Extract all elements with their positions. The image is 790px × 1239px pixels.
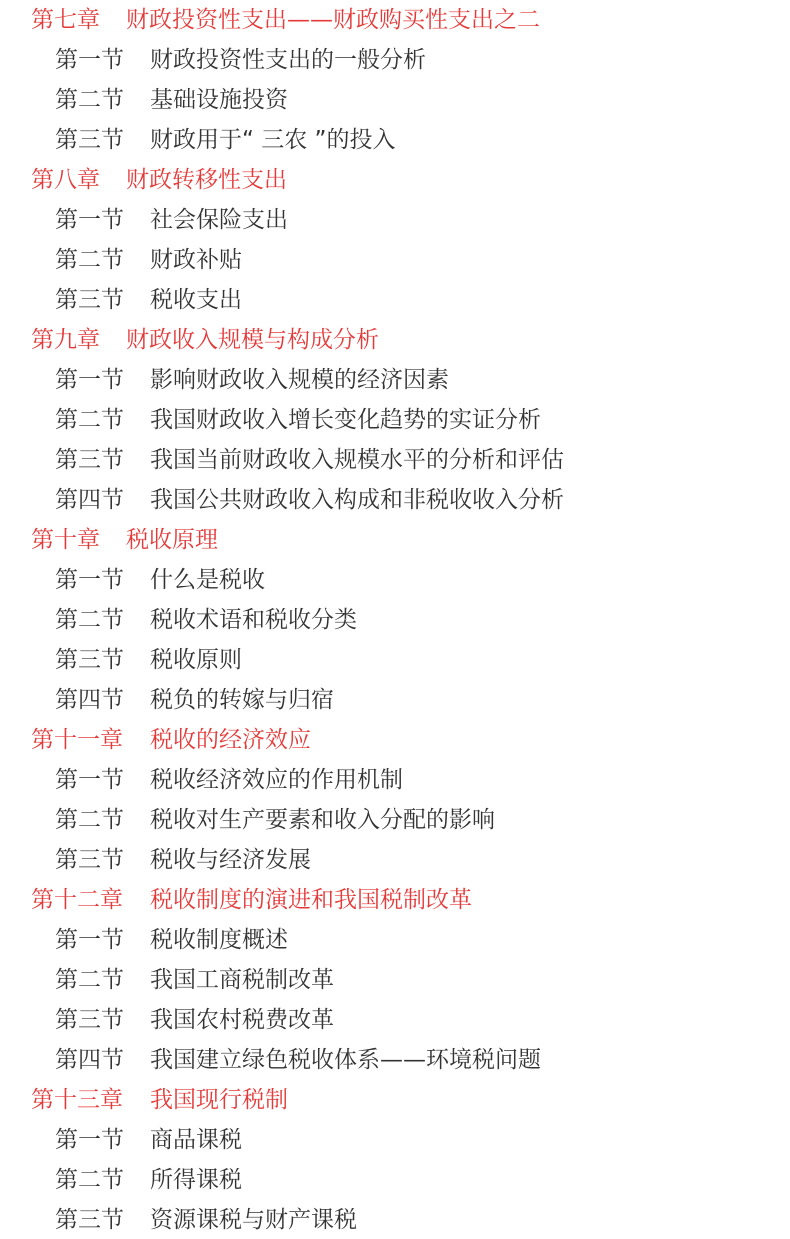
chapter-number: 第十章 bbox=[31, 520, 100, 560]
toc-chapter-entry: 第十章税收原理 bbox=[0, 520, 790, 560]
section-number: 第三节 bbox=[55, 640, 124, 680]
chapter-number: 第七章 bbox=[31, 0, 100, 40]
section-number: 第二节 bbox=[55, 800, 124, 840]
toc-section-entry: 第四节我国公共财政收入构成和非税收收入分析 bbox=[0, 480, 790, 520]
section-title: 税负的转嫁与归宿 bbox=[150, 680, 334, 720]
toc-section-entry: 第一节税收制度概述 bbox=[0, 920, 790, 960]
chapter-title: 财政转移性支出 bbox=[126, 160, 287, 200]
chapter-title: 我国现行税制 bbox=[150, 1080, 288, 1120]
section-number: 第一节 bbox=[55, 200, 124, 240]
section-number: 第一节 bbox=[55, 760, 124, 800]
section-number: 第三节 bbox=[55, 840, 124, 880]
section-title: 税收原则 bbox=[150, 640, 242, 680]
toc-section-entry: 第三节资源课税与财产课税 bbox=[0, 1200, 790, 1239]
section-title: 财政投资性支出的一般分析 bbox=[150, 40, 426, 80]
toc-section-entry: 第三节财政用于“ 三农 ”的投入 bbox=[0, 120, 790, 160]
section-title: 我国农村税费改革 bbox=[150, 1000, 334, 1040]
section-title: 税收制度概述 bbox=[150, 920, 288, 960]
section-title: 我国建立绿色税收体系——环境税问题 bbox=[150, 1040, 541, 1080]
chapter-title: 财政投资性支出——财政购买性支出之二 bbox=[126, 0, 540, 40]
section-title: 税收与经济发展 bbox=[150, 840, 311, 880]
section-number: 第二节 bbox=[55, 400, 124, 440]
section-number: 第四节 bbox=[55, 1040, 124, 1080]
section-title: 社会保险支出 bbox=[150, 200, 288, 240]
chapter-number: 第十一章 bbox=[31, 720, 123, 760]
section-title: 所得课税 bbox=[150, 1160, 242, 1200]
section-number: 第三节 bbox=[55, 120, 124, 160]
section-title: 我国当前财政收入规模水平的分析和评估 bbox=[150, 440, 564, 480]
section-title: 什么是税收 bbox=[150, 560, 265, 600]
section-title: 商品课税 bbox=[150, 1120, 242, 1160]
section-title: 税收术语和税收分类 bbox=[150, 600, 357, 640]
toc-section-entry: 第二节我国财政收入增长变化趋势的实证分析 bbox=[0, 400, 790, 440]
toc-section-entry: 第四节税负的转嫁与归宿 bbox=[0, 680, 790, 720]
chapter-title: 税收制度的演进和我国税制改革 bbox=[150, 880, 472, 920]
section-number: 第一节 bbox=[55, 920, 124, 960]
section-number: 第二节 bbox=[55, 1160, 124, 1200]
toc-chapter-entry: 第十三章我国现行税制 bbox=[0, 1080, 790, 1120]
section-title: 基础设施投资 bbox=[150, 80, 288, 120]
chapter-number: 第十三章 bbox=[31, 1080, 123, 1120]
toc-section-entry: 第二节税收对生产要素和收入分配的影响 bbox=[0, 800, 790, 840]
section-title: 税收对生产要素和收入分配的影响 bbox=[150, 800, 495, 840]
section-number: 第二节 bbox=[55, 600, 124, 640]
section-number: 第二节 bbox=[55, 960, 124, 1000]
section-number: 第四节 bbox=[55, 480, 124, 520]
table-of-contents: 第七章财政投资性支出——财政购买性支出之二第一节财政投资性支出的一般分析第二节基… bbox=[0, 0, 790, 1239]
section-number: 第三节 bbox=[55, 440, 124, 480]
section-number: 第三节 bbox=[55, 1200, 124, 1239]
chapter-title: 财政收入规模与构成分析 bbox=[126, 320, 379, 360]
toc-section-entry: 第一节商品课税 bbox=[0, 1120, 790, 1160]
toc-chapter-entry: 第八章财政转移性支出 bbox=[0, 160, 790, 200]
toc-section-entry: 第二节税收术语和税收分类 bbox=[0, 600, 790, 640]
chapter-title: 税收原理 bbox=[126, 520, 218, 560]
toc-chapter-entry: 第七章财政投资性支出——财政购买性支出之二 bbox=[0, 0, 790, 40]
section-title: 影响财政收入规模的经济因素 bbox=[150, 360, 449, 400]
toc-section-entry: 第二节基础设施投资 bbox=[0, 80, 790, 120]
toc-section-entry: 第三节我国农村税费改革 bbox=[0, 1000, 790, 1040]
section-title: 税收经济效应的作用机制 bbox=[150, 760, 403, 800]
chapter-title: 税收的经济效应 bbox=[150, 720, 311, 760]
toc-section-entry: 第二节所得课税 bbox=[0, 1160, 790, 1200]
toc-section-entry: 第三节税收与经济发展 bbox=[0, 840, 790, 880]
toc-chapter-entry: 第九章财政收入规模与构成分析 bbox=[0, 320, 790, 360]
toc-section-entry: 第二节财政补贴 bbox=[0, 240, 790, 280]
section-title: 财政用于“ 三农 ”的投入 bbox=[150, 120, 395, 160]
toc-section-entry: 第一节财政投资性支出的一般分析 bbox=[0, 40, 790, 80]
section-title: 财政补贴 bbox=[150, 240, 242, 280]
section-title: 税收支出 bbox=[150, 280, 242, 320]
toc-section-entry: 第三节我国当前财政收入规模水平的分析和评估 bbox=[0, 440, 790, 480]
section-number: 第四节 bbox=[55, 680, 124, 720]
section-number: 第三节 bbox=[55, 280, 124, 320]
section-number: 第二节 bbox=[55, 80, 124, 120]
chapter-number: 第九章 bbox=[31, 320, 100, 360]
section-number: 第一节 bbox=[55, 1120, 124, 1160]
chapter-number: 第十二章 bbox=[31, 880, 123, 920]
section-number: 第一节 bbox=[55, 40, 124, 80]
toc-section-entry: 第二节我国工商税制改革 bbox=[0, 960, 790, 1000]
toc-section-entry: 第一节税收经济效应的作用机制 bbox=[0, 760, 790, 800]
section-title: 我国财政收入增长变化趋势的实证分析 bbox=[150, 400, 541, 440]
toc-section-entry: 第一节什么是税收 bbox=[0, 560, 790, 600]
section-number: 第二节 bbox=[55, 240, 124, 280]
chapter-number: 第八章 bbox=[31, 160, 100, 200]
toc-section-entry: 第三节税收原则 bbox=[0, 640, 790, 680]
section-title: 我国工商税制改革 bbox=[150, 960, 334, 1000]
section-number: 第三节 bbox=[55, 1000, 124, 1040]
section-number: 第一节 bbox=[55, 360, 124, 400]
toc-chapter-entry: 第十二章税收制度的演进和我国税制改革 bbox=[0, 880, 790, 920]
toc-chapter-entry: 第十一章税收的经济效应 bbox=[0, 720, 790, 760]
section-title: 资源课税与财产课税 bbox=[150, 1200, 357, 1239]
toc-section-entry: 第四节我国建立绿色税收体系——环境税问题 bbox=[0, 1040, 790, 1080]
section-number: 第一节 bbox=[55, 560, 124, 600]
section-title: 我国公共财政收入构成和非税收收入分析 bbox=[150, 480, 564, 520]
toc-section-entry: 第一节社会保险支出 bbox=[0, 200, 790, 240]
toc-section-entry: 第一节影响财政收入规模的经济因素 bbox=[0, 360, 790, 400]
toc-section-entry: 第三节税收支出 bbox=[0, 280, 790, 320]
